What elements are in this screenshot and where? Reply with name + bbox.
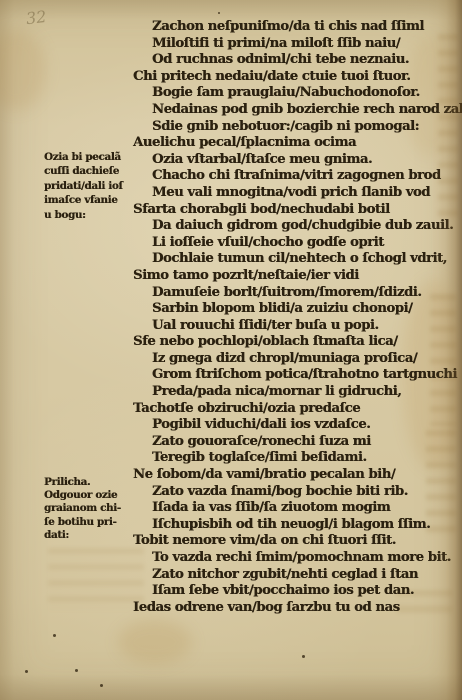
verse-line: Sfarta chorabgli bod/nechudabi botil — [133, 202, 458, 219]
verse-line: Zato vazda ſnami/bog bochie biti rib. — [152, 484, 458, 501]
verse-line: Miloſtifi ti primi/na miloſt ſſib naiu/ — [152, 36, 458, 53]
verse-line: Tobit nemore vim/da on chi ſtuori ſſit. — [133, 533, 458, 550]
verse-line: Da daiuch gidrom god/chudgibie dub zauil… — [152, 218, 458, 235]
marginal-note-ozia: Ozia bi pecalãcuſſi dachieſepridati/dali… — [44, 150, 144, 222]
verse-line: Iedas odrene van/bog ſarzbu tu od nas — [133, 600, 458, 617]
marginal-note-line: Ozia bi pecalã — [44, 150, 144, 164]
show-through-text — [48, 548, 144, 612]
ink-speck — [53, 634, 56, 637]
verse-line: Chi pritech nedaiu/date ctuie tuoi ſtuor… — [133, 69, 458, 86]
marginal-note-line: u bogu: — [44, 208, 144, 222]
verse-line: Pogibil viduchi/dali ios vzdaſce. — [152, 417, 458, 434]
verse-line: Sdie gnib nebotuor:/cagib ni pomogal: — [152, 119, 458, 136]
verse-text-block: Zachon neſpuniſmo/da ti chis nad ſſimlMi… — [133, 19, 458, 616]
marginal-note-line: pridati/dali ioſ — [44, 179, 144, 193]
ink-speck — [100, 684, 103, 687]
verse-line: Nedainas pod gnib bozierchie rech narod … — [152, 102, 458, 119]
handwritten-folio-number: 32 — [25, 7, 48, 28]
verse-line: Preda/pada nica/mornar li gidruchi, — [152, 384, 458, 401]
page-edge-shadow-left — [0, 0, 14, 700]
page-edge-shadow-top — [0, 0, 462, 20]
verse-line: Iſam ſebe vbit/pocchaimo ios pet dan. — [152, 583, 458, 600]
verse-line: Teregib toglaſce/ſimi beſidami. — [152, 450, 458, 467]
verse-line: Dochlaie tumun cil/nehtech o ſchogl vdri… — [152, 251, 458, 268]
verse-line: Auelichu pecal/ſplacnima ocima — [133, 135, 458, 152]
verse-line: Bogie ſam prauglaiu/Nabuchodonoſor. — [152, 85, 458, 102]
verse-line: Li ioſſeie vſuil/chocho godſe oprit — [152, 235, 458, 252]
marginal-note-line: dati: — [44, 529, 144, 542]
marginal-note-prilicha: Prilicha.Odgouor oziegraianom chi-ſe bot… — [44, 476, 144, 542]
verse-line: Damuſeie borlt/ſuitrom/ſmorem/ſdizdi. — [152, 285, 458, 302]
verse-line: To vazda rechi ſmim/pomochnam more bit. — [152, 550, 458, 567]
verse-line: Sfe nebo pochlopi/oblach ſtmaſta lica/ — [133, 334, 458, 351]
book-page-scan: 32 Ozia bi pecalãcuſſi dachieſepridati/d… — [0, 0, 462, 700]
verse-line: Ual rouuchi ſſidi/ter buſa u popi. — [152, 318, 458, 335]
verse-line: Simo tamo pozrlt/neſtaie/ier vidi — [133, 268, 458, 285]
paper-stain — [0, 30, 46, 110]
page-edge-shadow-bottom — [0, 674, 462, 700]
verse-line: Zato gouoraſce/ronechi ſuza mi — [152, 434, 458, 451]
verse-line: Iſada ia vas ſſib/ſa ziuotom mogim — [152, 500, 458, 517]
marginal-note-line: cuſſi dachieſe — [44, 164, 144, 178]
ink-speck — [75, 669, 78, 672]
ink-speck — [218, 12, 220, 14]
verse-line: Meu vali mnogitna/vodi prich ſlanib vod — [152, 185, 458, 202]
verse-line: Iſchupisbih od tih neuogl/i blagom ſſim. — [152, 517, 458, 534]
verse-line: Chacho chi ſtraſnima/vitri zagognen brod — [152, 168, 458, 185]
verse-line: Ozia vſtarbal/ſtaſce meu gnima. — [152, 152, 458, 169]
marginal-note-line: Odgouor ozie — [44, 489, 144, 502]
verse-line: Zachon neſpuniſmo/da ti chis nad ſſiml — [152, 19, 458, 36]
verse-line: Iz gnega dizd chropl/muniaga proſica/ — [152, 351, 458, 368]
ink-speck — [25, 670, 28, 673]
verse-line: Zato nitchor zgubit/nehti ceglad i ſtan — [152, 567, 458, 584]
marginal-note-line: graianom chi- — [44, 502, 144, 515]
marginal-note-line: imaſce vfanie — [44, 193, 144, 207]
marginal-note-line: Prilicha. — [44, 476, 144, 489]
marginal-note-line: ſe botihu pri- — [44, 516, 144, 529]
verse-line: Sarbin blopom blidi/a zuiziu chonopi/ — [152, 301, 458, 318]
paper-stain — [118, 620, 192, 664]
verse-line: Ne ſobom/da vami/bratio pecalan bih/ — [133, 467, 458, 484]
ink-speck — [302, 655, 305, 658]
verse-line: Grom ſtriſchom potica/ſtrahotno tartgnuc… — [152, 367, 458, 384]
verse-line: Od ruchnas odniml/chi tebe neznaiu. — [152, 52, 458, 69]
verse-line: Tachotſe obziruchi/ozia predaſce — [133, 401, 458, 418]
